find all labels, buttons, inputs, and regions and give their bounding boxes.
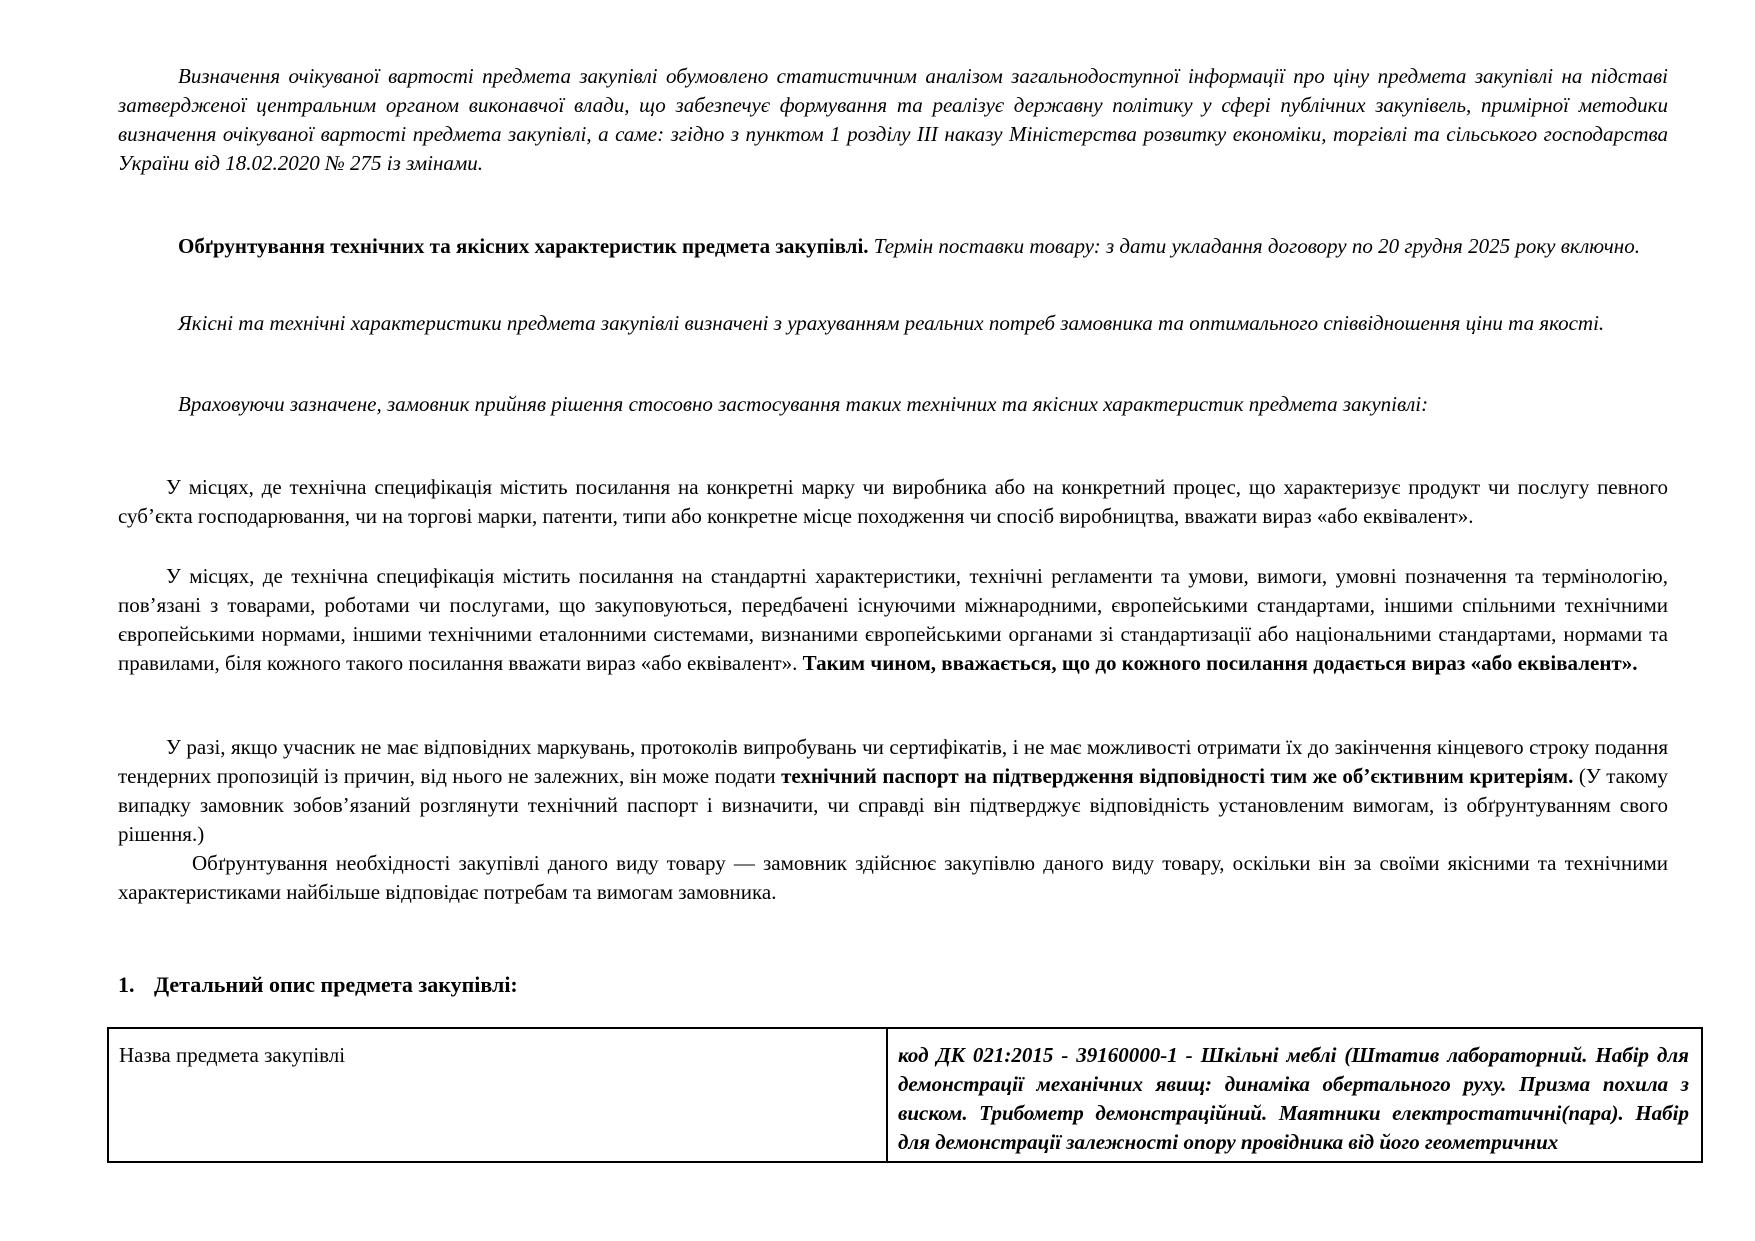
technical-passport-text: технічний паспорт на підтвердження відпо… [781, 764, 1573, 788]
considering-paragraph: Враховуючи зазначене, замовник прийняв р… [118, 390, 1668, 419]
quality-paragraph: Якісні та технічні характеристики предме… [118, 309, 1668, 338]
section-number: 1. [118, 972, 154, 998]
expected-cost-paragraph: Визначення очікуваної вартості предмета … [118, 62, 1668, 178]
justification-paragraph: Обґрунтування технічних та якісних харак… [118, 232, 1668, 261]
standards-reference-paragraph: У місцях, де технічна специфікація місти… [118, 562, 1668, 678]
necessity-paragraph: Обґрунтування необхідності закупівлі дан… [118, 849, 1668, 907]
no-markings-paragraph: У разі, якщо учасник не має відповідних … [118, 733, 1668, 849]
document-page: Визначення очікуваної вартості предмета … [0, 0, 1755, 1241]
justification-heading: Обґрунтування технічних та якісних харак… [178, 234, 869, 258]
section-heading: 1.Детальний опис предмета закупівлі: [118, 972, 518, 998]
section-title: Детальний опис предмета закупівлі: [154, 972, 518, 997]
equivalent-statement: Таким чином, вважається, що до кожного п… [803, 651, 1638, 675]
specification-table: Назва предмета закупівлі код ДК 021:2015… [107, 1027, 1703, 1163]
table-row: Назва предмета закупівлі код ДК 021:2015… [108, 1028, 1702, 1162]
delivery-term-text: Термін поставки товару: з дати укладання… [869, 234, 1640, 258]
brand-reference-paragraph: У місцях, де технічна специфікація місти… [118, 473, 1668, 531]
table-cell-label: Назва предмета закупівлі [108, 1028, 887, 1162]
table-cell-value: код ДК 021:2015 - 39160000-1 - Шкільні м… [887, 1028, 1702, 1162]
